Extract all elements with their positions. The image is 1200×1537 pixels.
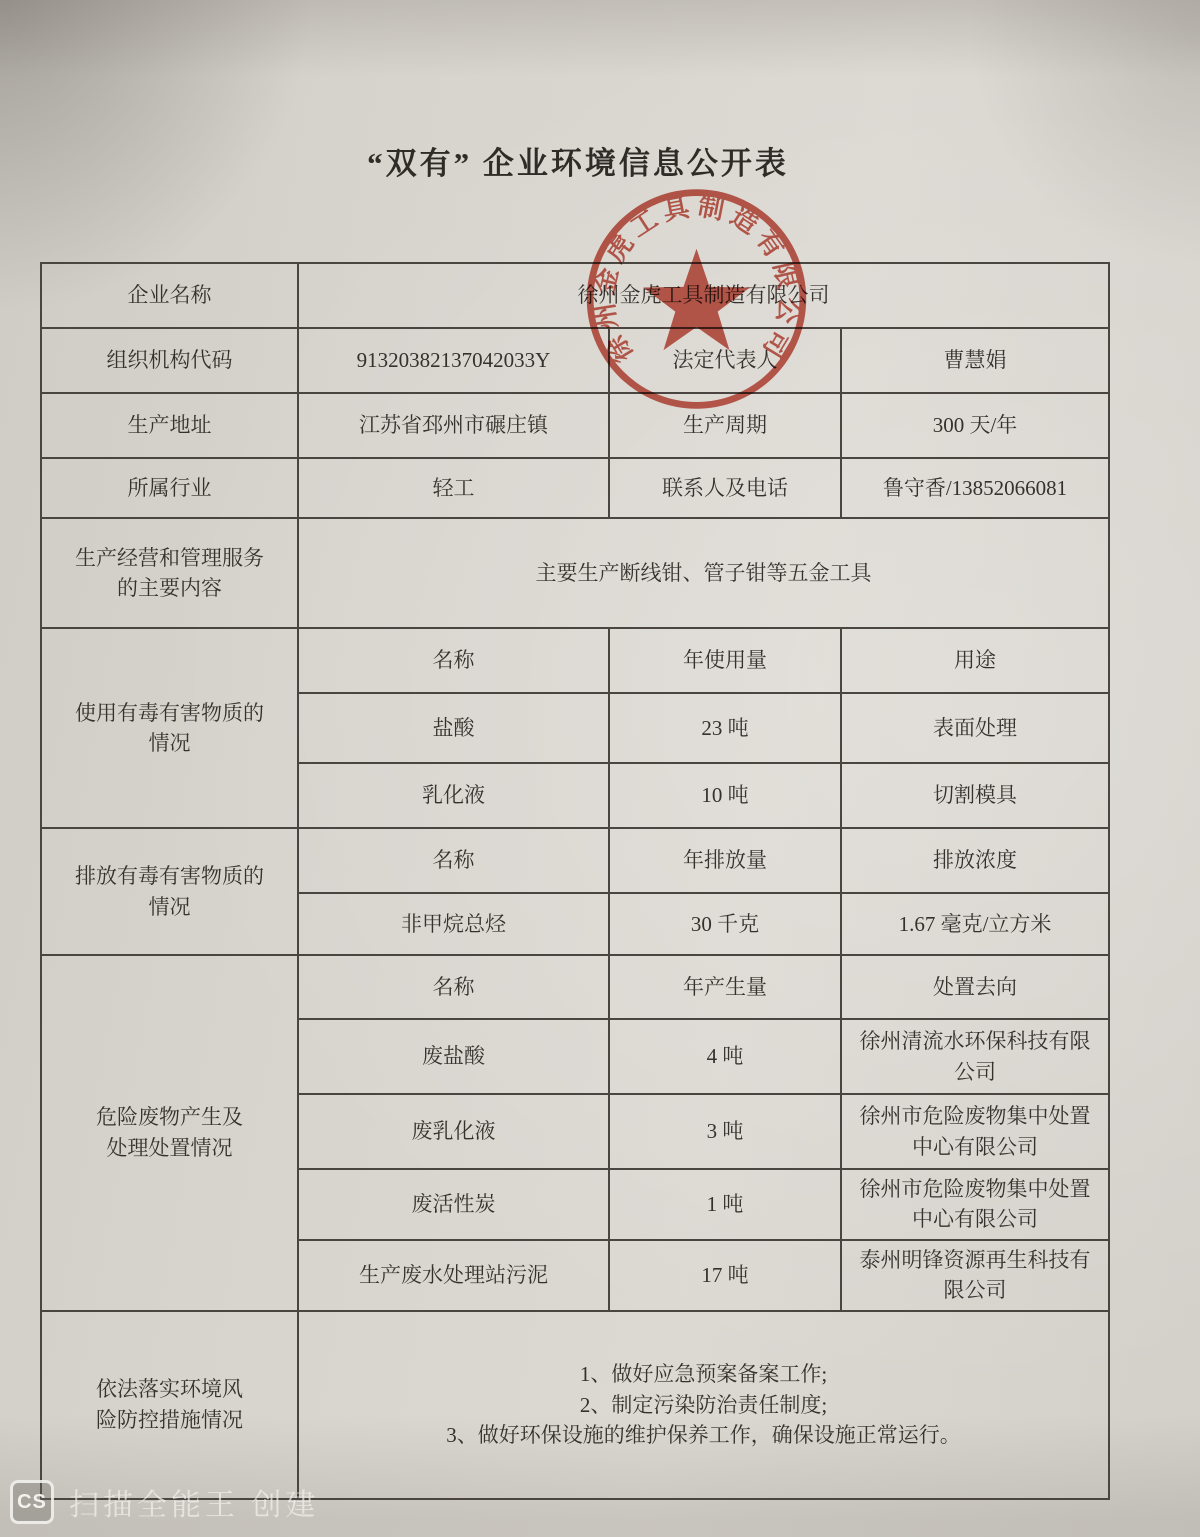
cell-waste-name: 废乳化液 [298,1094,609,1169]
camscanner-watermark: CS 扫描全能王 创建 [10,1480,319,1524]
cell-address-label: 生产地址 [41,393,298,458]
emission-header-name: 名称 [298,828,609,893]
section-emission-label: 排放有毒有害物质的 情况 [41,828,298,955]
emission-header-concentration: 排放浓度 [841,828,1109,893]
section-risk-measures-label: 依法落实环境风 险防控措施情况 [41,1311,298,1499]
cell-production-cycle-label: 生产周期 [609,393,841,458]
toxic-use-header-purpose: 用途 [841,628,1109,693]
table-row: 危险废物产生及 处理处置情况 名称 年产生量 处置去向 [41,955,1109,1019]
cell-waste-amount: 4 吨 [609,1019,841,1094]
table-row: 依法落实环境风 险防控措施情况 1、做好应急预案备案工作; 2、制定污染防治责任… [41,1311,1109,1499]
cell-company-name-label: 企业名称 [41,263,298,328]
cell-pollutant-name: 非甲烷总烃 [298,893,609,955]
cell-waste-disposal: 泰州明锋资源再生科技有限公司 [841,1240,1109,1311]
cell-substance-amount: 10 吨 [609,763,841,828]
cell-risk-measures-value: 1、做好应急预案备案工作; 2、制定污染防治责任制度; 3、做好环保设施的维护保… [298,1311,1109,1499]
cell-business-scope-label: 生产经营和管理服务 的主要内容 [41,518,298,628]
cell-waste-name: 废活性炭 [298,1169,609,1240]
emission-header-annual-discharge: 年排放量 [609,828,841,893]
section-toxic-use-label: 使用有毒有害物质的 情况 [41,628,298,828]
cell-org-code-label: 组织机构代码 [41,328,298,393]
cell-substance-name: 乳化液 [298,763,609,828]
cell-waste-amount: 3 吨 [609,1094,841,1169]
table-row: 排放有毒有害物质的 情况 名称 年排放量 排放浓度 [41,828,1109,893]
cell-waste-name: 废盐酸 [298,1019,609,1094]
risk-measure-item: 3、做好环保设施的维护保养工作，确保设施正常运行。 [309,1420,1098,1450]
cell-industry-label: 所属行业 [41,458,298,518]
cell-substance-amount: 23 吨 [609,693,841,763]
cell-contact-label: 联系人及电话 [609,458,841,518]
page-title: “双有” 企业环境信息公开表 [0,138,1178,183]
toxic-use-header-annual-usage: 年使用量 [609,628,841,693]
cell-legal-rep-value: 曹慧娟 [841,328,1109,393]
document-table: 企业名称 徐州金虎工具制造有限公司 组织机构代码 913203821370420… [40,262,1110,1500]
camscanner-logo-icon: CS [10,1480,54,1524]
waste-header-disposal: 处置去向 [841,955,1109,1019]
section-hazardous-waste-label: 危险废物产生及 处理处置情况 [41,955,298,1311]
cell-substance-purpose: 切割模具 [841,763,1109,828]
table-row: 生产经营和管理服务 的主要内容 主要生产断线钳、管子钳等五金工具 [41,518,1109,628]
table-row: 组织机构代码 91320382137042033Y 法定代表人 曹慧娟 [41,328,1109,393]
cell-waste-name: 生产废水处理站污泥 [298,1240,609,1311]
camscanner-watermark-text: 扫描全能王 创建 [69,1480,319,1524]
risk-measure-item: 2、制定污染防治责任制度; [309,1390,1098,1420]
waste-header-annual-output: 年产生量 [609,955,841,1019]
table-row: 所属行业 轻工 联系人及电话 鲁守香/13852066081 [41,458,1109,518]
cell-waste-disposal: 徐州市危险废物集中处置中心有限公司 [841,1169,1109,1240]
cell-contact-value: 鲁守香/13852066081 [841,458,1109,518]
cell-business-scope-value: 主要生产断线钳、管子钳等五金工具 [298,518,1109,628]
cell-pollutant-amount: 30 千克 [609,893,841,955]
waste-header-name: 名称 [298,955,609,1019]
cell-address-value: 江苏省邳州市碾庄镇 [298,393,609,458]
cell-waste-amount: 17 吨 [609,1240,841,1311]
cell-waste-disposal: 徐州市危险废物集中处置中心有限公司 [841,1094,1109,1169]
cell-company-name-value: 徐州金虎工具制造有限公司 [298,263,1109,328]
toxic-use-header-name: 名称 [298,628,609,693]
table-row: 企业名称 徐州金虎工具制造有限公司 [41,263,1109,328]
table-row: 生产地址 江苏省邳州市碾庄镇 生产周期 300 天/年 [41,393,1109,458]
cell-waste-amount: 1 吨 [609,1169,841,1240]
cell-pollutant-concentration: 1.67 毫克/立方米 [841,893,1109,955]
cell-org-code-value: 91320382137042033Y [298,328,609,393]
cell-waste-disposal: 徐州清流水环保科技有限公司 [841,1019,1109,1094]
cell-production-cycle-value: 300 天/年 [841,393,1109,458]
cell-industry-value: 轻工 [298,458,609,518]
risk-measure-item: 1、做好应急预案备案工作; [309,1359,1098,1389]
cell-substance-purpose: 表面处理 [841,693,1109,763]
cell-legal-rep-label: 法定代表人 [609,328,841,393]
table-row: 使用有毒有害物质的 情况 名称 年使用量 用途 [41,628,1109,693]
cell-substance-name: 盐酸 [298,693,609,763]
